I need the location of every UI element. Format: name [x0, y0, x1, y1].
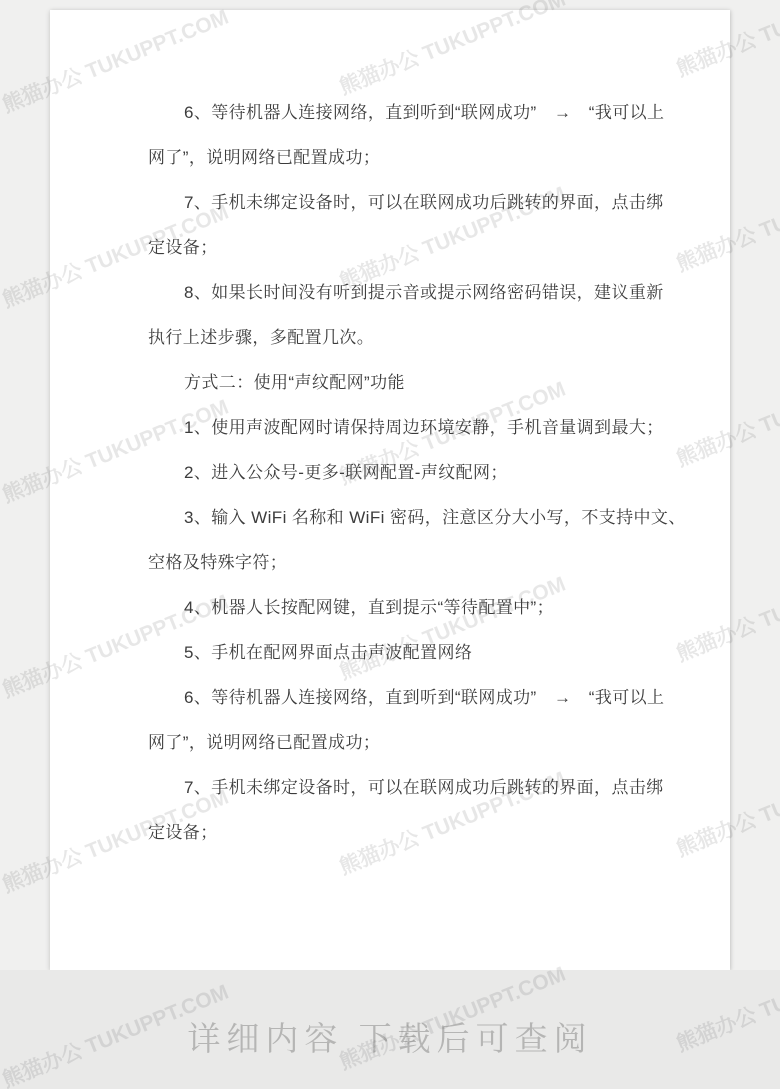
document-line: 空格及特殊字符；: [148, 540, 720, 585]
footer-caption: 详细内容 下载后可查阅: [0, 1018, 780, 1060]
document-line: 定设备；: [148, 225, 720, 270]
document-line: 5、手机在配网界面点击声波配置网络: [148, 630, 720, 675]
document-line: 网了”，说明网络已配置成功；: [148, 135, 720, 180]
document-line: 定设备；: [148, 810, 720, 855]
document-page: 6、等待机器人连接网络，直到听到“联网成功” → “我可以上网了”，说明网络已配…: [50, 10, 730, 970]
document-line: 3、输入 WiFi 名称和 WiFi 密码，注意区分大小写，不支持中文、: [148, 495, 720, 540]
document-text-block: 6、等待机器人连接网络，直到听到“联网成功” → “我可以上网了”，说明网络已配…: [148, 90, 720, 855]
document-line: 2、进入公众号-更多-联网配置-声纹配网；: [148, 450, 720, 495]
document-line: 6、等待机器人连接网络，直到听到“联网成功” → “我可以上: [148, 675, 720, 720]
document-line: 7、手机未绑定设备时，可以在联网成功后跳转的界面，点击绑: [148, 180, 720, 225]
document-line: 4、机器人长按配网键，直到提示“等待配置中”；: [148, 585, 720, 630]
document-preview-canvas: 6、等待机器人连接网络，直到听到“联网成功” → “我可以上网了”，说明网络已配…: [0, 0, 780, 1089]
document-line: 方式二：使用“声纹配网”功能: [148, 360, 720, 405]
document-line: 6、等待机器人连接网络，直到听到“联网成功” → “我可以上: [148, 90, 720, 135]
document-line: 8、如果长时间没有听到提示音或提示网络密码错误，建议重新: [148, 270, 720, 315]
document-line: 网了”，说明网络已配置成功；: [148, 720, 720, 765]
document-line: 7、手机未绑定设备时，可以在联网成功后跳转的界面，点击绑: [148, 765, 720, 810]
document-line: 执行上述步骤，多配置几次。: [148, 315, 720, 360]
document-line: 1、使用声波配网时请保持周边环境安静，手机音量调到最大；: [148, 405, 720, 450]
